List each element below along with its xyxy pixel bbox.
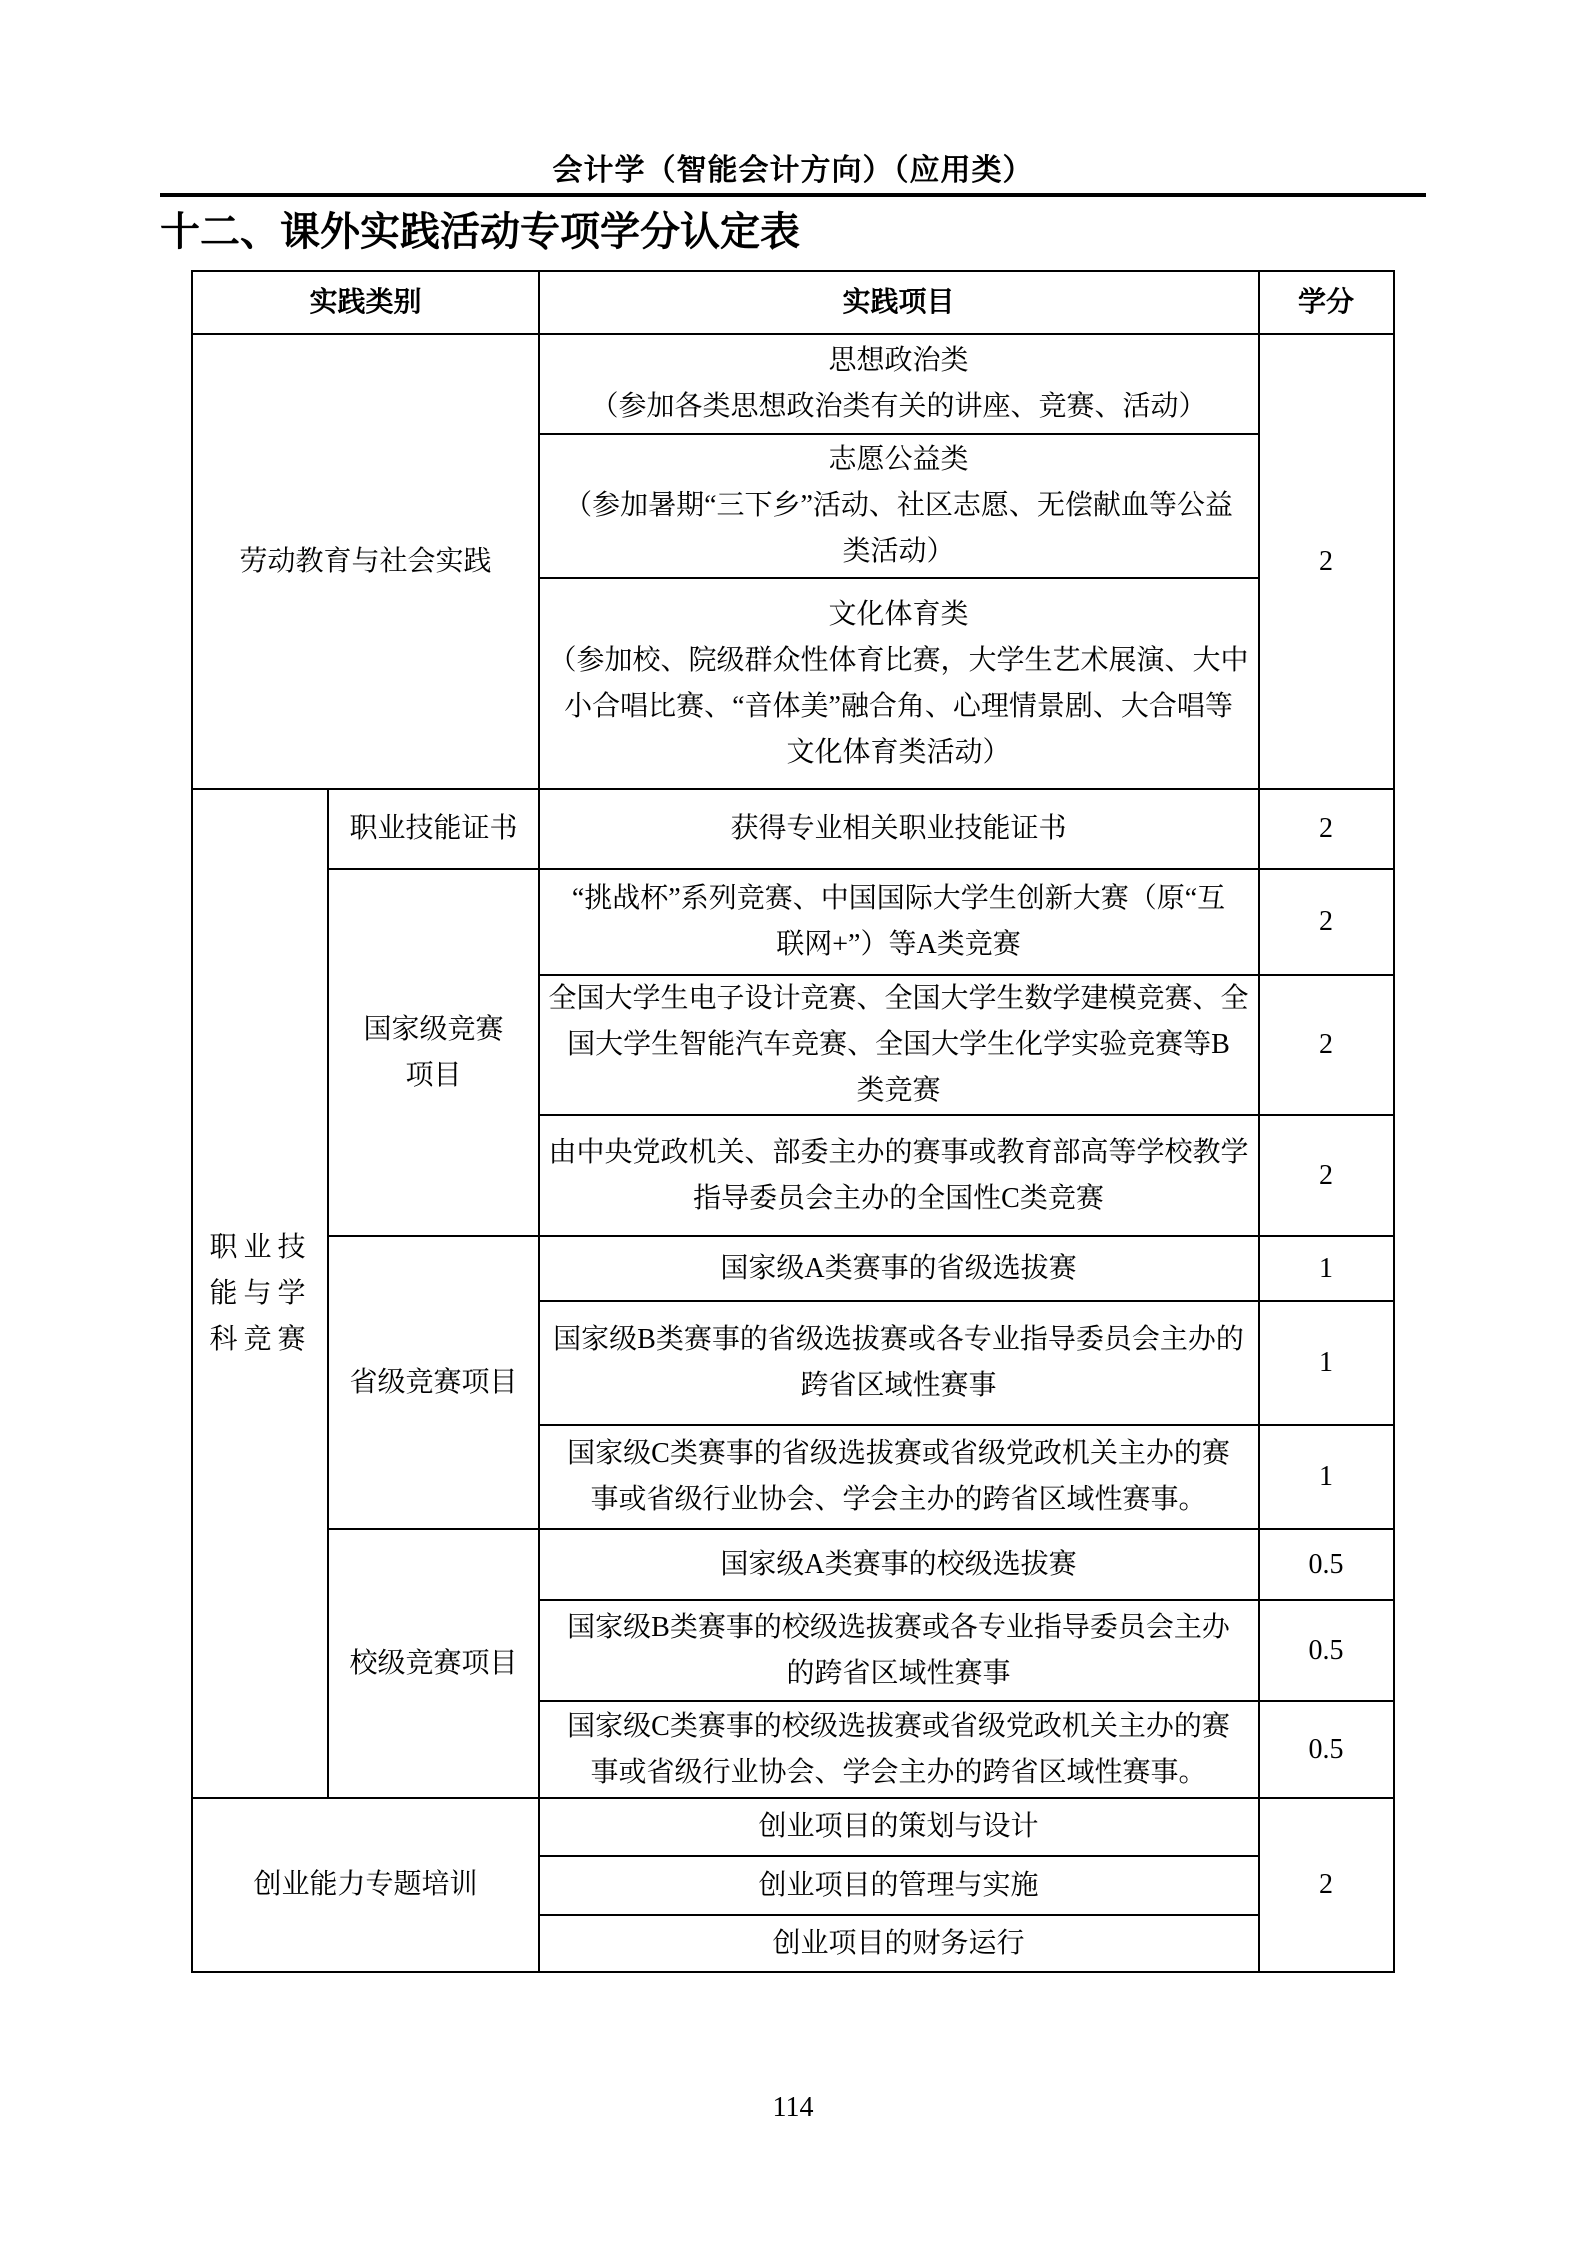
page-title: 十二、课外实践活动专项学分认定表 bbox=[160, 207, 1426, 257]
header-rule bbox=[160, 193, 1426, 197]
col-header-project: 实践项目 bbox=[539, 271, 1259, 334]
cell-entre-project-2: 创业项目的管理与实施 bbox=[539, 1856, 1259, 1915]
running-header: 会计学（智能会计方向）（应用类） bbox=[160, 152, 1426, 190]
page-number: 114 bbox=[0, 2092, 1586, 2124]
cell-labor-project-1: 思想政治类 （参加各类思想政治类有关的讲座、竞赛、活动） bbox=[539, 334, 1259, 434]
cell-national-credit-3: 2 bbox=[1259, 1115, 1394, 1236]
cell-entre-project-1: 创业项目的策划与设计 bbox=[539, 1798, 1259, 1856]
cell-school-project-1: 国家级A类赛事的校级选拔赛 bbox=[539, 1529, 1259, 1600]
cell-provincial-credit-2: 1 bbox=[1259, 1301, 1394, 1425]
cell-national-project-2: 全国大学生电子设计竞赛、全国大学生数学建模竞赛、全 国大学生智能汽车竞赛、全国大… bbox=[539, 975, 1259, 1115]
table-row: 省级竞赛项目 国家级A类赛事的省级选拔赛 1 bbox=[192, 1236, 1393, 1301]
cell-labor-project-2: 志愿公益类 （参加暑期“三下乡”活动、社区志愿、无偿献血等公益 类活动） bbox=[539, 434, 1259, 578]
cell-national-project-1: “挑战杯”系列竞赛、中国国际大学生创新大赛（原“互 联网+”）等A类竞赛 bbox=[539, 869, 1259, 975]
cell-group-national: 国家级竞赛 项目 bbox=[328, 869, 538, 1236]
cell-provincial-project-2: 国家级B类赛事的省级选拔赛或各专业指导委员会主办的 跨省区域性赛事 bbox=[539, 1301, 1259, 1425]
cell-group-provincial: 省级竞赛项目 bbox=[328, 1236, 538, 1529]
cell-national-project-3: 由中央党政机关、部委主办的赛事或教育部高等学校教学 指导委员会主办的全国性C类竞… bbox=[539, 1115, 1259, 1236]
table-row: 校级竞赛项目 国家级A类赛事的校级选拔赛 0.5 bbox=[192, 1529, 1393, 1600]
cell-labor-category: 劳动教育与社会实践 bbox=[192, 334, 538, 789]
cell-national-credit-2: 2 bbox=[1259, 975, 1394, 1115]
table-row: 国家级竞赛 项目 “挑战杯”系列竞赛、中国国际大学生创新大赛（原“互 联网+”）… bbox=[192, 869, 1393, 975]
cell-national-credit-1: 2 bbox=[1259, 869, 1394, 975]
cell-provincial-project-3: 国家级C类赛事的省级选拔赛或省级党政机关主办的赛 事或省级行业协会、学会主办的跨… bbox=[539, 1425, 1259, 1529]
table-row: 创业能力专题培训 创业项目的策划与设计 2 bbox=[192, 1798, 1393, 1856]
cell-school-credit-3: 0.5 bbox=[1259, 1701, 1394, 1798]
table-row: 职业技 能与学 科竞赛 职业技能证书 获得专业相关职业技能证书 2 bbox=[192, 789, 1393, 869]
cell-provincial-credit-3: 1 bbox=[1259, 1425, 1394, 1529]
table-header-row: 实践类别 实践项目 学分 bbox=[192, 271, 1393, 334]
document-page: 会计学（智能会计方向）（应用类） 十二、课外实践活动专项学分认定表 实践类别 实… bbox=[0, 0, 1586, 2245]
cell-entre-project-3: 创业项目的财务运行 bbox=[539, 1915, 1259, 1972]
col-header-credit: 学分 bbox=[1259, 271, 1394, 334]
cell-entre-credit: 2 bbox=[1259, 1798, 1394, 1972]
cell-labor-project-3: 文化体育类 （参加校、院级群众性体育比赛，大学生艺术展演、大中 小合唱比赛、“音… bbox=[539, 578, 1259, 789]
cell-school-project-2: 国家级B类赛事的校级选拔赛或各专业指导委员会主办 的跨省区域性赛事 bbox=[539, 1600, 1259, 1701]
credit-recognition-table: 实践类别 实践项目 学分 劳动教育与社会实践 思想政治类 （参加各类思想政治类有… bbox=[191, 270, 1394, 1973]
cell-school-credit-1: 0.5 bbox=[1259, 1529, 1394, 1600]
cell-group-cert: 职业技能证书 bbox=[328, 789, 538, 869]
cell-entre-category: 创业能力专题培训 bbox=[192, 1798, 538, 1972]
col-header-category: 实践类别 bbox=[192, 271, 538, 334]
cell-cert-project: 获得专业相关职业技能证书 bbox=[539, 789, 1259, 869]
cell-provincial-project-1: 国家级A类赛事的省级选拔赛 bbox=[539, 1236, 1259, 1301]
cell-labor-credit: 2 bbox=[1259, 334, 1394, 789]
cell-school-project-3: 国家级C类赛事的校级选拔赛或省级党政机关主办的赛 事或省级行业协会、学会主办的跨… bbox=[539, 1701, 1259, 1798]
page-content: 会计学（智能会计方向）（应用类） 十二、课外实践活动专项学分认定表 实践类别 实… bbox=[160, 152, 1426, 1973]
cell-group-school: 校级竞赛项目 bbox=[328, 1529, 538, 1798]
table-row: 劳动教育与社会实践 思想政治类 （参加各类思想政治类有关的讲座、竞赛、活动） 2 bbox=[192, 334, 1393, 434]
cell-skills-category: 职业技 能与学 科竞赛 bbox=[192, 789, 328, 1798]
cell-provincial-credit-1: 1 bbox=[1259, 1236, 1394, 1301]
cell-cert-credit: 2 bbox=[1259, 789, 1394, 869]
cell-school-credit-2: 0.5 bbox=[1259, 1600, 1394, 1701]
